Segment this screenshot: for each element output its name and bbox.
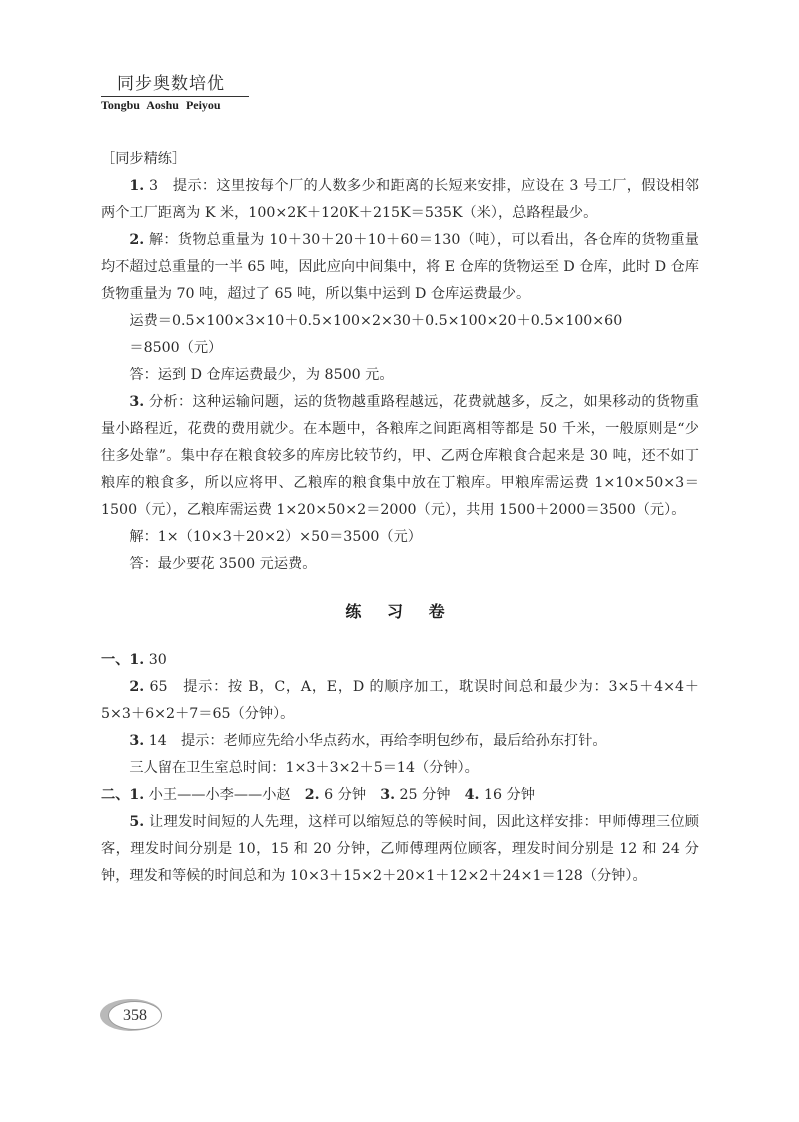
part-2-item-5: 5. 让理发时间短的人先理，这样可以缩短总的等候时间，因此这样安排：甲师傅理三位…	[101, 809, 699, 890]
part-2-items-1-4: 二、1. 小王——小李——小赵 2. 6 分钟 3. 25 分钟 4. 16 分…	[101, 782, 699, 809]
part-prefix: 一、	[101, 652, 129, 668]
page-body: ［同步精练］ 1. 3 提示：这里按每个厂的人数多少和距离的长短来安排，应设在 …	[101, 146, 699, 890]
item-number: 1.	[129, 178, 144, 194]
part-prefix: 二、	[101, 787, 129, 803]
item-number: 2.	[129, 679, 144, 695]
item-text: 6 分钟	[320, 787, 381, 803]
item-text: 14 提示：老师应先给小华点药水，再给李明包纱布，最后给孙东打针。	[144, 733, 606, 749]
item-number: 2.	[129, 232, 144, 248]
item-text: 30	[144, 652, 167, 668]
page-number-badge: 358	[100, 999, 162, 1031]
answer-item-3: 3. 分析：这种运输问题，运的货物越重路程越远，花费就越多，反之，如果移动的货物…	[101, 389, 699, 524]
item-number: 5.	[129, 814, 144, 830]
part-1-item-2: 2. 65 提示：按 B，C，A，E，D 的顺序加工，耽误时间总和最少为：3×5…	[101, 674, 699, 728]
section-heading-practice: ［同步精练］	[101, 146, 699, 173]
formula-line: 运费＝0.5×100×3×10＋0.5×100×2×30＋0.5×100×20＋…	[101, 308, 699, 335]
item-text: 3 提示：这里按每个厂的人数多少和距离的长短来安排，应设在 3 号工厂，假设相邻…	[101, 178, 699, 221]
item-number: 3.	[129, 733, 144, 749]
item-text: 小王——小李——小赵	[144, 787, 305, 803]
header-title-en: Tongbu Aoshu Peiyou	[101, 98, 249, 113]
running-header: 同步奥数培优 Tongbu Aoshu Peiyou	[101, 74, 249, 113]
item-number: 3.	[129, 394, 144, 410]
solution-line: 解：1×（10×3＋20×2）×50＝3500（元）	[101, 524, 699, 551]
answer-statement: 答：最少要花 3500 元运费。	[101, 551, 699, 578]
item-number: 1.	[129, 652, 144, 668]
item-text: 分析：这种运输问题，运的货物越重路程越远，花费就越多，反之，如果移动的货物重量小…	[101, 394, 699, 518]
part-1-item-1: 一、1. 30	[101, 647, 699, 674]
page-number: 358	[108, 1001, 162, 1030]
answer-item-2: 2. 解：货物总重量为 10＋30＋20＋10＋60＝130（吨），可以看出，各…	[101, 227, 699, 308]
item-text: 16 分钟	[479, 787, 534, 803]
header-divider	[101, 96, 249, 97]
answer-item-1: 1. 3 提示：这里按每个厂的人数多少和距离的长短来安排，应设在 3 号工厂，假…	[101, 173, 699, 227]
section-heading-exercise: 练 习 卷	[101, 598, 699, 625]
item-text: 25 分钟	[395, 787, 465, 803]
item-number: 2.	[305, 787, 320, 803]
part-1-item-3: 3. 14 提示：老师应先给小华点药水，再给李明包纱布，最后给孙东打针。	[101, 728, 699, 755]
item-3-detail: 三人留在卫生室总时间：1×3＋3×2＋5＝14（分钟）。	[101, 755, 699, 782]
item-text: 让理发时间短的人先理，这样可以缩短总的等候时间，因此这样安排：甲师傅理三位顾客，…	[101, 814, 699, 884]
formula-result: ＝8500（元）	[101, 335, 699, 362]
header-title-cn: 同步奥数培优	[101, 74, 249, 94]
item-number: 4.	[465, 787, 480, 803]
item-text: 解：货物总重量为 10＋30＋20＋10＋60＝130（吨），可以看出，各仓库的…	[101, 232, 699, 302]
answer-statement: 答：运到 D 仓库运费最少，为 8500 元。	[101, 362, 699, 389]
item-text: 65 提示：按 B，C，A，E，D 的顺序加工，耽误时间总和最少为：3×5＋4×…	[101, 679, 699, 722]
item-number: 1.	[129, 787, 144, 803]
item-number: 3.	[380, 787, 395, 803]
